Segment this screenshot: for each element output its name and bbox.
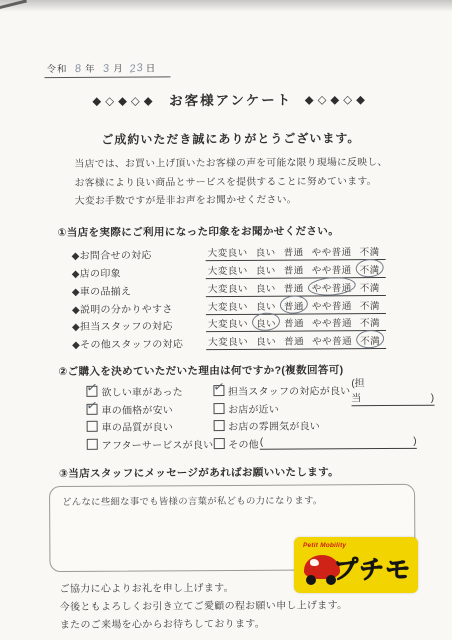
- checkbox-label: 車の品質が良い: [102, 419, 173, 434]
- checkbox-item: ✓担当スタッフの対応が良い(担当): [213, 381, 434, 400]
- rating-option: 良い: [256, 334, 276, 348]
- shop-logo: Petit Mobility プチモ: [294, 537, 418, 593]
- rating-option: 大変良い: [208, 316, 248, 330]
- rating-label: ◆お問合せの対応: [72, 246, 206, 262]
- rating-option: 不満: [360, 298, 380, 312]
- rating-row: ◆その他スタッフの対応大変良い良い普通やや普通不満: [72, 331, 418, 351]
- rating-option-circled: 良い: [256, 316, 276, 330]
- q2-grid: ✓欲しい車があった✓車の価格が安い車の品質が良いアフターサービスが良い ✓担当ス…: [86, 381, 418, 453]
- year-suffix: 年: [85, 64, 96, 75]
- rating-option: 不満: [360, 280, 380, 294]
- intro-line: 大変お手数ですが是非お声をお聞かせください。: [75, 191, 388, 211]
- checkbox-icon: [87, 438, 98, 449]
- closing-line: 今後ともよろしくお引き立てご愛顧の程お願い申し上げます。: [60, 597, 420, 617]
- rating-option: やや普通: [312, 262, 352, 276]
- checkbox-label: その他: [228, 435, 259, 450]
- rating-option-circled: 不満: [360, 262, 380, 276]
- rating-option: 普通: [284, 245, 304, 259]
- rating-option: 良い: [256, 263, 276, 277]
- checkbox-label: 担当スタッフの対応が良い: [228, 383, 350, 399]
- rating-label: ◆車の品揃え: [72, 282, 206, 298]
- checkbox-item: お店の雰囲気が良い: [213, 416, 434, 435]
- q2-column: ✓担当スタッフの対応が良い(担当)お店が近いお店の雰囲気が良いその他(): [213, 381, 435, 452]
- rating-option: 良い: [256, 298, 276, 312]
- rating-label: ◆店の印象: [72, 264, 206, 280]
- message-box-note: どんなに些細な事でも皆様の言葉が私どもの力になります。: [62, 494, 323, 507]
- rating-option-circled: 不満: [360, 333, 380, 347]
- rating-label: ◆説明の分かりやすさ: [72, 300, 206, 316]
- pen-check-mark: ✓: [212, 379, 225, 397]
- checkbox-label: 車の価格が安い: [101, 401, 172, 416]
- checkbox-item: 車の品質が良い: [87, 417, 214, 435]
- rating-scale: 大変良い良い普通やや普通不満: [206, 333, 386, 350]
- intro-line: 当店では、お買い上げ頂いたお客様の声を可能な限り現場に反映し、: [74, 154, 387, 174]
- pen-check-mark: ✓: [85, 379, 98, 397]
- intro-lines: 当店では、お買い上げ頂いたお客様の声を可能な限り現場に反映し、お客様により良い商…: [74, 154, 387, 211]
- q1-rows: ◆お問合せの対応大変良い良い普通やや普通不満◆店の印象大変良い良い普通やや普通不…: [72, 242, 419, 351]
- rating-scale: 大変良い良い普通やや普通不満: [206, 244, 386, 261]
- rating-option: 大変良い: [208, 299, 248, 313]
- handwritten-day: 23: [129, 62, 145, 76]
- handwritten-year: 8: [72, 62, 84, 75]
- rating-option: やや普通: [312, 298, 352, 312]
- rating-option-circled: 普通: [284, 298, 304, 312]
- checkbox-checked-icon: ✓: [86, 386, 97, 397]
- q2-column: ✓欲しい車があった✓車の価格が安い車の品質が良いアフターサービスが良い: [86, 382, 213, 452]
- scan-edge-artifact: [0, 0, 452, 12]
- checkbox-icon: [213, 403, 224, 414]
- checkbox-icon: [213, 420, 224, 431]
- handwritten-month: 3: [100, 62, 112, 75]
- blank-line: [263, 437, 413, 447]
- rating-option: 普通: [284, 263, 304, 277]
- rating-option: 大変良い: [208, 334, 248, 348]
- rating-option: 普通: [284, 334, 304, 348]
- logo-tagline: Petit Mobility: [303, 542, 346, 549]
- rating-row: ◆車の品揃え大変良い良い普通やや普通不満: [72, 278, 418, 298]
- car-wheel: [306, 575, 316, 585]
- rating-option: 良い: [256, 245, 276, 259]
- rating-scale: 大変良い良い普通やや普通不満: [206, 262, 386, 279]
- page-title-text: お客様アンケート: [169, 93, 292, 109]
- checkbox-label: お店が近い: [228, 401, 279, 416]
- checkbox-checked-icon: ✓: [87, 404, 98, 415]
- car-window: [310, 559, 319, 566]
- rating-scale: 大変良い良い普通やや普通不満: [206, 316, 386, 333]
- rating-option-circled: やや普通: [312, 280, 352, 294]
- checkbox-item: その他(): [213, 433, 434, 452]
- rating-scale: 大変良い良い普通やや普通不満: [206, 280, 386, 297]
- paren-close: ): [413, 435, 416, 446]
- checkbox-label: アフターサービスが良い: [102, 436, 214, 452]
- rating-option: 普通: [284, 280, 304, 294]
- rating-option: 不満: [360, 244, 380, 258]
- page-title: ◆◇◆◇◆ お客様アンケート ◆◇◆◇◆: [45, 88, 417, 111]
- checkbox-item: ✓欲しい車があった: [86, 382, 213, 400]
- day-suffix: 日: [146, 63, 157, 74]
- checkbox-icon: [87, 421, 98, 432]
- closing-line: またのご来場を心からお待ちしております。: [60, 615, 420, 635]
- date-line: 令和 8年 3月 23日: [44, 60, 170, 78]
- rating-label: ◆その他スタッフの対応: [72, 335, 206, 351]
- era-label: 令和: [46, 64, 67, 75]
- checkbox-checked-icon: ✓: [213, 385, 224, 396]
- rating-label: ◆担当スタッフの対応: [72, 318, 206, 334]
- diamond-ornament-left: ◆◇◆◇◆: [92, 95, 156, 107]
- thanks-heading: ご成約いただき誠にありがとうございます。: [45, 129, 417, 148]
- rating-scale: 大変良い良い普通やや普通不満: [206, 298, 386, 315]
- fill-in-blank: (): [260, 435, 417, 449]
- question1-heading: ①当店を実際にご利用になった印象をお聞かせください。: [57, 222, 417, 239]
- checkbox-label: 欲しい車があった: [101, 384, 183, 399]
- rating-option: 不満: [360, 316, 380, 330]
- diamond-ornament-right: ◆◇◆◇◆: [305, 94, 369, 106]
- month-suffix: 月: [113, 64, 124, 75]
- question3-heading: ③当店スタッフにメッセージがあればお願いいたします。: [59, 464, 419, 481]
- rating-option: 普通: [284, 316, 304, 330]
- rating-option: やや普通: [312, 245, 352, 259]
- rating-option: 大変良い: [208, 263, 248, 277]
- rating-option: 大変良い: [208, 281, 248, 295]
- checkbox-item: アフターサービスが良い: [87, 435, 214, 453]
- rating-option: 良い: [256, 281, 276, 295]
- rating-option: やや普通: [312, 316, 352, 330]
- rating-option: やや普通: [312, 334, 352, 348]
- rating-option: 大変良い: [208, 245, 248, 259]
- checkbox-item: お店が近い: [213, 398, 434, 417]
- checkbox-label: お店の雰囲気が良い: [228, 418, 320, 434]
- intro-line: お客様により良い商品とサービスを提供することに努めています。: [75, 173, 388, 193]
- pen-check-mark: ✓: [85, 397, 98, 415]
- checkbox-item: ✓車の価格が安い: [86, 400, 213, 418]
- rating-row: ◆説明の分かりやすさ大変良い良い普通やや普通不満: [72, 296, 418, 316]
- brand-name: プチモ: [333, 550, 411, 586]
- checkbox-icon: [213, 438, 224, 449]
- rating-row: ◆店の印象大変良い良い普通やや普通不満: [72, 260, 418, 280]
